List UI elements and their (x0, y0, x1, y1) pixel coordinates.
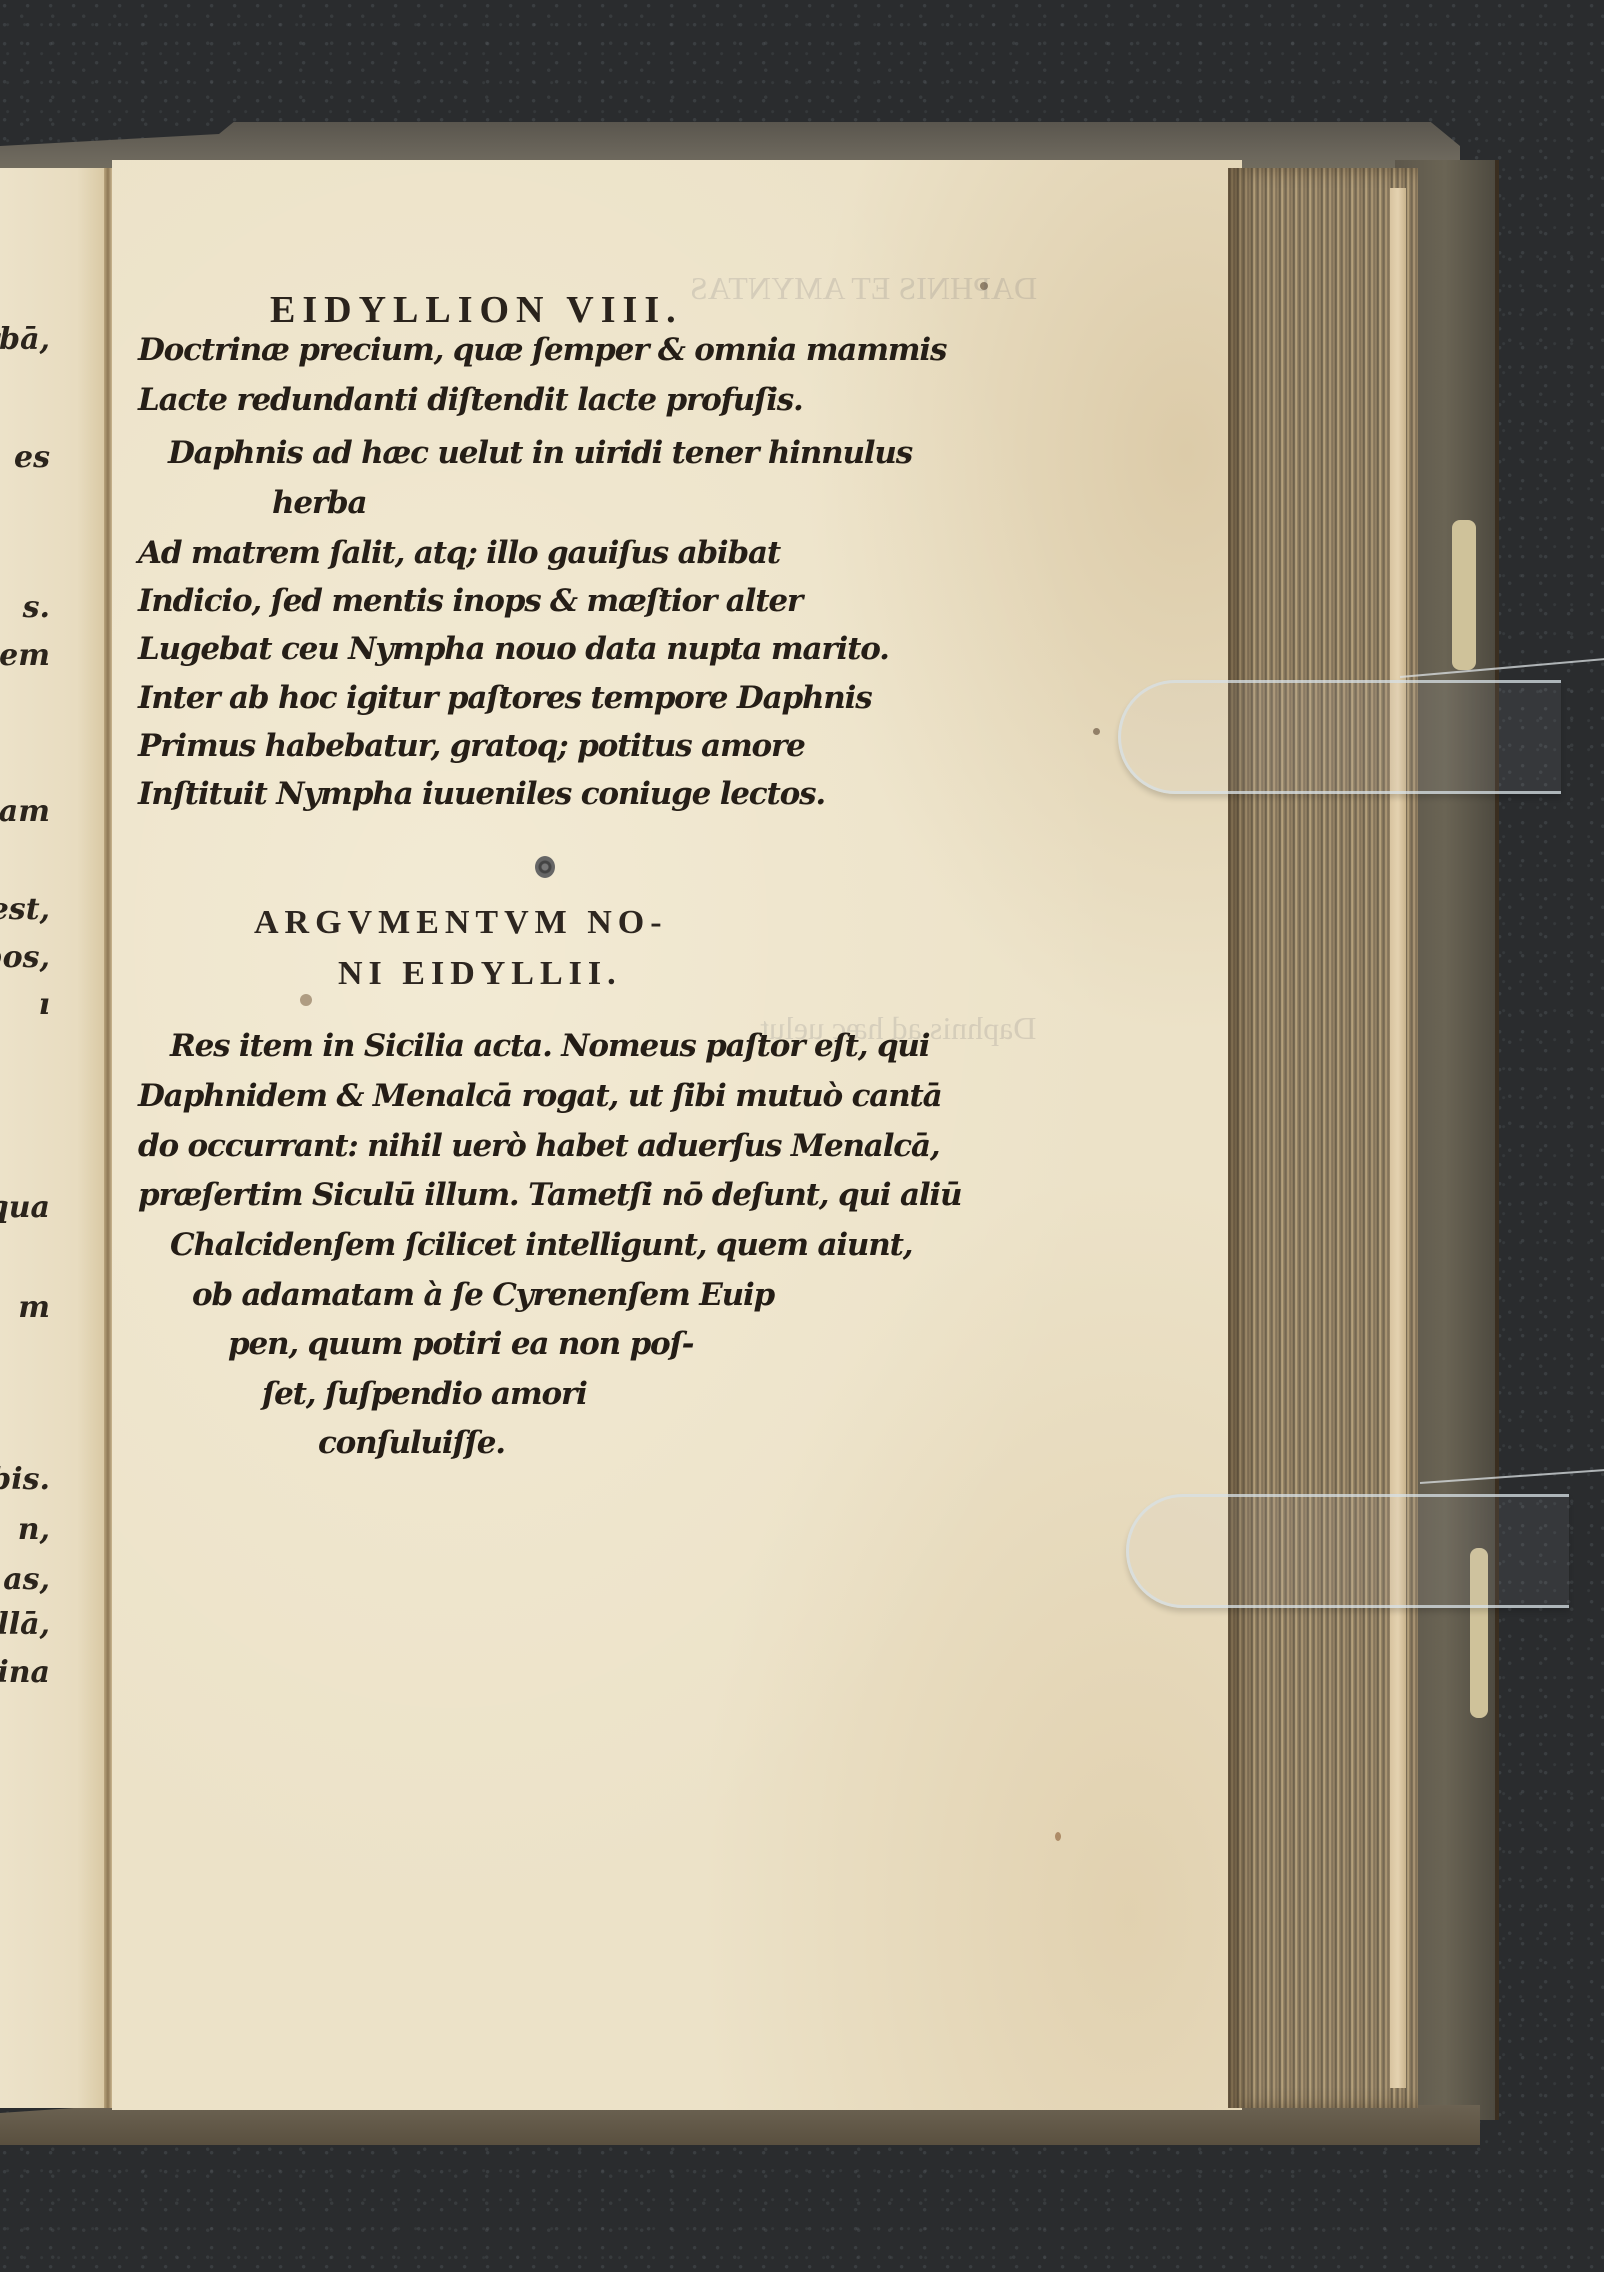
section-heading-line-1: ARGVMENTVM NO- (254, 904, 668, 942)
verse-line: Lacte redundanti diſtendit lacte profuſi… (138, 382, 803, 418)
verse-line: Daphnis ad hæc uelut in uiridi tener hin… (168, 435, 912, 471)
printer-ornament-icon (535, 856, 555, 878)
argument-line: Res item in Sicilia acta. Nomeus paſtor … (170, 1028, 929, 1064)
left-page-line-fragment: bis. (0, 1462, 50, 1497)
book-gutter (104, 168, 112, 2108)
argument-line: Chalcidenſem ſcilicet intelligunt, quem … (170, 1227, 912, 1263)
left-page-line-fragment: ntem (0, 638, 50, 673)
left-page-line-fragment: est, (0, 892, 50, 927)
clasp-remnant-upper (1452, 520, 1476, 670)
argument-line: Daphnidem & Menalcā rogat, ut ſibi mutuò… (138, 1078, 942, 1114)
section-heading-line-2: NI EIDYLLII. (338, 955, 622, 993)
left-page-line-fragment: ı (39, 987, 50, 1022)
argument-line: ob adamatam à ſe Cyrenenſem Euip (192, 1277, 774, 1313)
binding-cover-bottom (0, 2105, 1480, 2145)
left-page-line-fragment: bam (0, 794, 50, 829)
paper-spot (1055, 1832, 1061, 1841)
left-page-line-fragment: m (18, 1290, 50, 1325)
argument-line: præſertim Siculū illum. Tametſi nō deſun… (138, 1177, 961, 1213)
page-block-fore-edge (1228, 168, 1418, 2108)
verse-line: Inter ab hoc igitur paſtores tempore Dap… (138, 680, 871, 716)
verse-line: Ad matrem ſalit, atq; illo gauiſus abiba… (138, 535, 780, 571)
argument-line: ſet, ſuſpendio amori (262, 1376, 587, 1412)
verse-line: Lugebat ceu Nympha nouo data nupta marit… (138, 631, 889, 667)
verse-line: Doctrinæ precium, quæ ſemper & omnia mam… (138, 332, 946, 368)
verse-line: Indicio, ſed mentis inops & mæſtior alte… (138, 583, 802, 619)
left-page-line-fragment: es (14, 440, 50, 475)
plastic-clip-lower (1126, 1494, 1569, 1608)
left-page-line-fragment: as, (3, 1562, 50, 1597)
argument-line: do occurrant: nihil uerò habet aduerſus … (138, 1128, 939, 1164)
paper-spot (300, 994, 312, 1006)
argument-line: pen, quum potiri ea non poſ- (228, 1326, 693, 1362)
left-page: rbā,ess.ntembamest,bos,ıquambis.n,as,bel… (0, 168, 110, 2108)
verse-line: Inſtituit Nympha iuueniles coniuge lecto… (138, 776, 825, 812)
argument-line: conſuluiſſe. (318, 1425, 505, 1461)
left-page-line-fragment: s. (23, 590, 50, 625)
running-head: EIDYLLION VIII. (270, 288, 683, 332)
verse-line: Primus habebatur, gratoq; potitus amore (138, 728, 805, 764)
bleed-through-line: DAPHNIS ET AMYNTAS (690, 270, 1037, 307)
left-page-line-fragment: qua (0, 1190, 50, 1225)
left-page-line-fragment: bos, (0, 940, 50, 975)
paper-spot (1093, 728, 1100, 735)
plastic-clip-upper (1118, 680, 1561, 794)
left-page-line-fragment: rbā, (0, 322, 50, 357)
verse-line: herba (272, 485, 366, 521)
left-page-line-fragment: n, (18, 1512, 50, 1547)
left-page-line-fragment: rina (0, 1655, 50, 1690)
left-page-line-fragment: bellā, (0, 1607, 50, 1642)
